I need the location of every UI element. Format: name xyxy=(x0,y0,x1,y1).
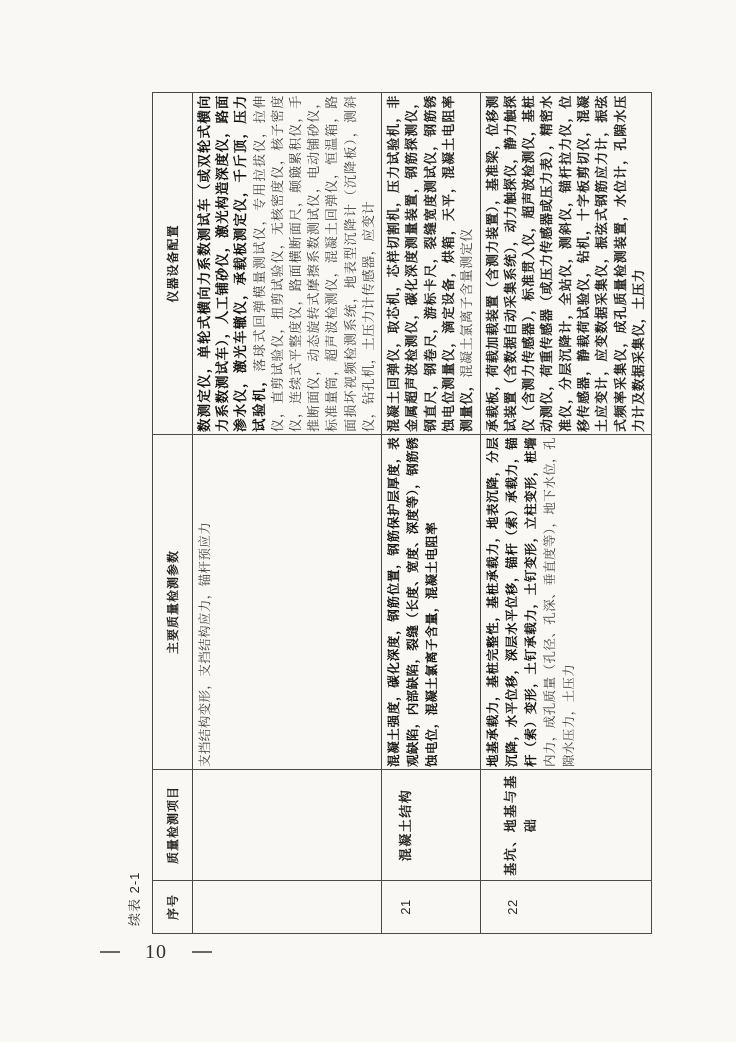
page-number-value: 10 xyxy=(145,941,167,964)
rotated-table-block: 续表 2-1 序号 质量检测项目 主要质量检测参数 仪器设备配置 xyxy=(125,93,646,934)
index-cell xyxy=(193,881,382,934)
header-col-index: 序号 xyxy=(153,881,193,934)
equipment-cell: 承载板，荷载加载装置（含测力装置），基准梁，位移测试装置（含数据自动采集系统），… xyxy=(480,93,652,435)
params-text: 内力，成孔质量（孔径、孔深、垂直度等），地下水位，孔隙水压力，土压力 xyxy=(543,437,576,767)
header-col-params: 主要质量检测参数 xyxy=(153,435,193,770)
equipment-text: 落球式回弹模量测试仪，专用拉拔仪，拉伸仪，直剪试验仪，扭剪试验仪，无核密度仪，核… xyxy=(252,95,376,432)
index-cell: 22 xyxy=(480,881,652,934)
params-cell: 地基承载力，基桩完整性，基桩承载力，地表沉降，分层沉降，水平位移，深层水平位移，… xyxy=(480,435,652,770)
table-caption: 续表 2-1 xyxy=(125,93,145,934)
equipment-text: 混凝土氯离子含量测定仪 xyxy=(459,228,474,378)
page-number: 10 xyxy=(100,936,212,968)
table-row-22: 22 基坑、地基与基础 地基承载力，基桩完整性，基桩承载力，地表沉降，分层沉降，… xyxy=(480,93,652,934)
params-text: 混凝土强度，碳化深度，钢筋位置，钢筋保护层厚度，表观缺陷，内部缺陷，裂缝（长度、… xyxy=(387,437,439,767)
table-row-21: 21 混凝土结构 混凝土强度，碳化深度，钢筋位置，钢筋保护层厚度，表观缺陷，内部… xyxy=(382,93,480,934)
params-text-bold: 地基承载力，基桩完整性，基桩承载力，地表沉降，分层沉降，水平位移，深层水平位移，… xyxy=(486,437,538,767)
page-number-dash-right xyxy=(192,951,212,953)
item-cell: 混凝土结构 xyxy=(382,770,480,881)
index-cell: 21 xyxy=(382,881,480,934)
header-row: 序号 质量检测项目 主要质量检测参数 仪器设备配置 xyxy=(153,93,193,934)
params-text: 支挡结构变形，支挡结构应力，锚杆预应力 xyxy=(198,522,212,767)
params-cell: 混凝土强度，碳化深度，钢筋位置，钢筋保护层厚度，表观缺陷，内部缺陷，裂缝（长度、… xyxy=(382,435,480,770)
table-row-continuation: 支挡结构变形，支挡结构应力，锚杆预应力 数测定仪，单轮式横向力系数测试车（或双轮… xyxy=(193,93,382,934)
item-cell: 基坑、地基与基础 xyxy=(480,770,652,881)
header-col-equipment: 仪器设备配置 xyxy=(153,93,193,435)
equipment-cell: 数测定仪，单轮式横向力系数测试车（或双轮式横向力系数测试车），人工铺砂仪，激光构… xyxy=(193,93,382,435)
equipment-text: 承载板，荷载加载装置（含测力装置），基准梁，位移测试装置（含数据自动采集系统），… xyxy=(485,95,646,432)
page-number-dash-left xyxy=(100,951,120,953)
landscape-layer: 续表 2-1 序号 质量检测项目 主要质量检测参数 仪器设备配置 xyxy=(125,93,646,934)
item-cell xyxy=(193,770,382,881)
inspection-table: 序号 质量检测项目 主要质量检测参数 仪器设备配置 支挡结构变形，支挡结构应力，… xyxy=(152,92,652,934)
header-col-item: 质量检测项目 xyxy=(153,770,193,881)
equipment-cell: 混凝土回弹仪，取芯机，芯样切割机，压力试验机，非金属超声波检测仪，碳化深度测量装… xyxy=(382,93,480,435)
params-cell: 支挡结构变形，支挡结构应力，锚杆预应力 xyxy=(193,435,382,770)
